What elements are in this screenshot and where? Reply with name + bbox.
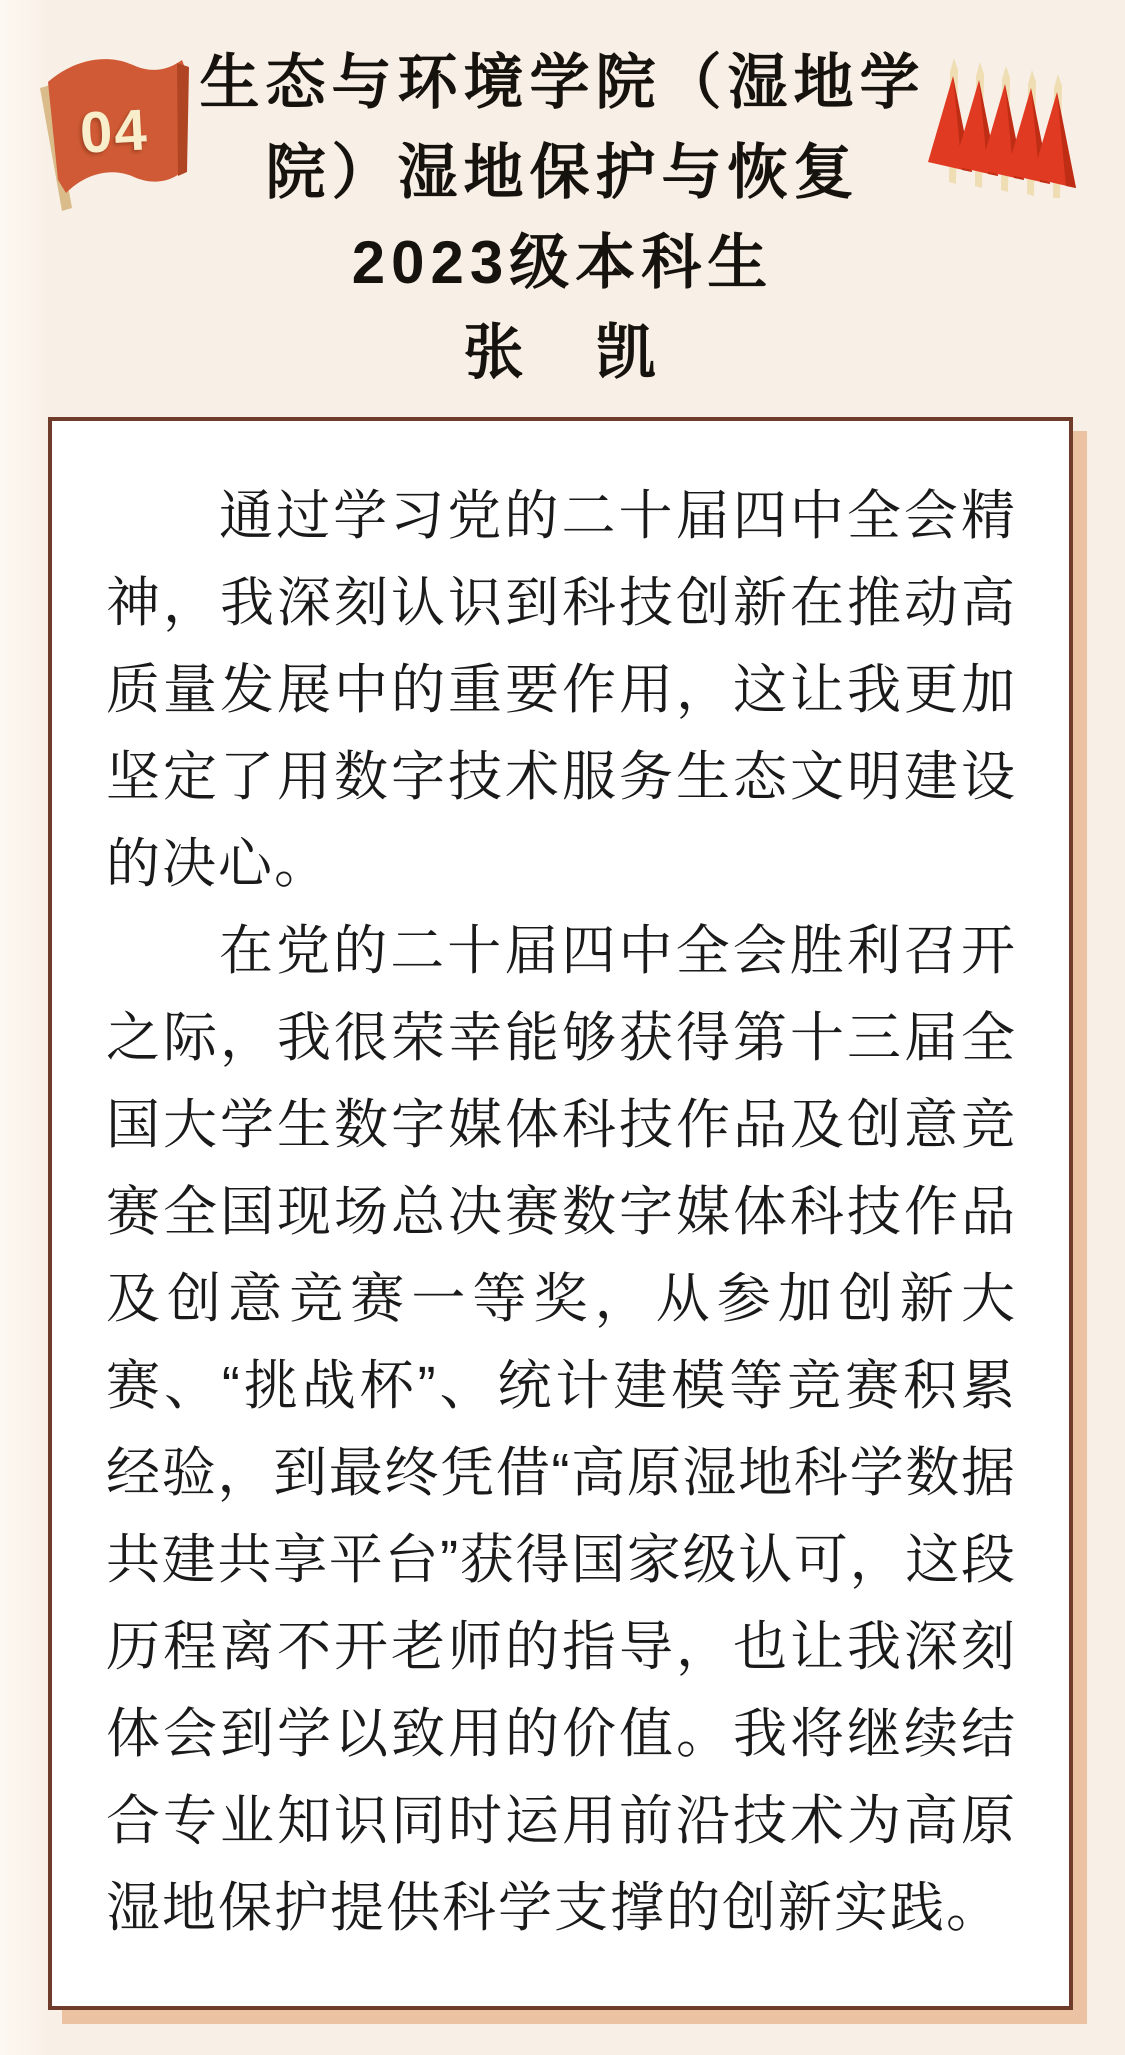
body-line: 国大学生数字媒体科技作品及创意竞 (106, 1082, 1015, 1169)
body-line: 历程离不开老师的指导，也让我深刻 (106, 1604, 1015, 1691)
body-line: 坚定了用数字技术服务生态文明建设 (106, 734, 1015, 821)
title-line: 2023级本科生 (0, 218, 1125, 308)
body-line: 赛全国现场总决赛数字媒体科技作品 (106, 1169, 1015, 1256)
header: 04 生态与环境学院（湿地学 院）湿地保护与恢复 2023级本科生 张 凯 (0, 0, 1125, 417)
student-name: 张 凯 (0, 308, 1125, 398)
body-line: 共建共享平台”获得国家级认可，这段 (106, 1517, 1015, 1604)
testimonial-card: 通过学习党的二十届四中全会精 神，我深刻认识到科技创新在推动高 质量发展中的重要… (48, 417, 1073, 2010)
body-line: 质量发展中的重要作用，这让我更加 (106, 647, 1015, 734)
body-line: 湿地保护提供科学支撑的创新实践。 (106, 1865, 1015, 1952)
body-line: 神，我深刻认识到科技创新在推动高 (106, 560, 1015, 647)
body-line: 在党的二十届四中全会胜利召开 (106, 908, 1015, 995)
body-line: 的决心。 (106, 821, 1015, 908)
body-line: 体会到学以致用的价值。我将继续结 (106, 1691, 1015, 1778)
body-line: 经验，到最终凭借“高原湿地科学数据 (106, 1430, 1015, 1517)
body-line: 通过学习党的二十届四中全会精 (106, 473, 1015, 560)
page-background: { "colors": { "page_bg": "#f8efe6", "pag… (0, 0, 1125, 2055)
body-line: 赛、“挑战杯”、统计建模等竞赛积累 (106, 1343, 1015, 1430)
body-line: 合专业知识同时运用前沿技术为高原 (106, 1778, 1015, 1865)
body-line: 及创意竞赛一等奖，从参加创新大 (106, 1256, 1015, 1343)
body-line: 之际，我很荣幸能够获得第十三届全 (106, 995, 1015, 1082)
pennant-flags-icon (928, 58, 1084, 198)
